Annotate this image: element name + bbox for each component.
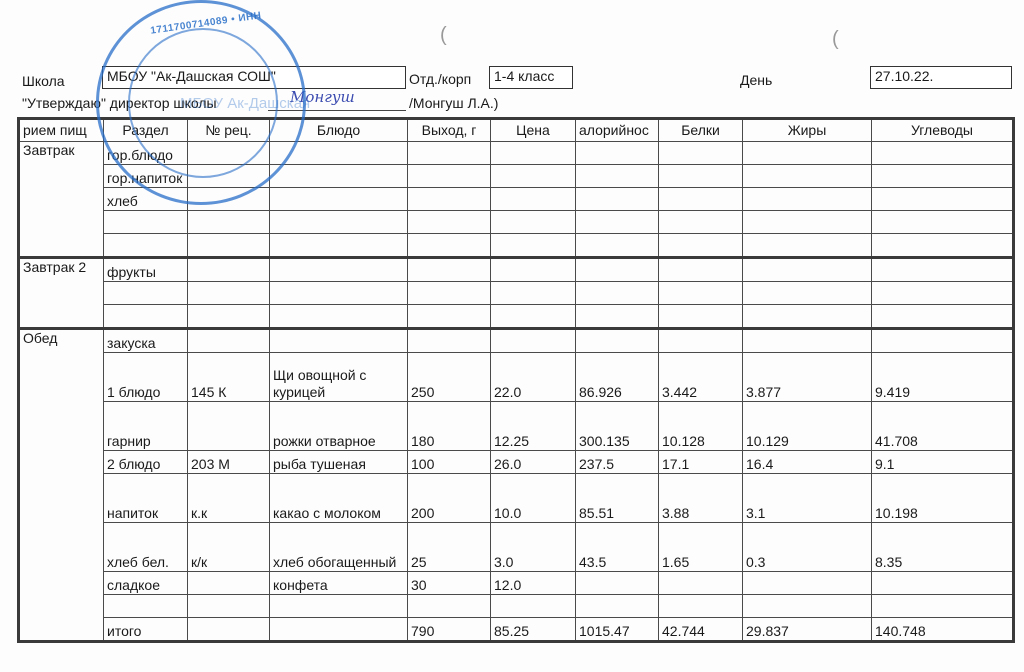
table-row: [19, 282, 1014, 305]
cell-protein: [659, 572, 743, 595]
cell-section: 1 блюдо: [104, 353, 188, 402]
cell-yield: [408, 188, 491, 211]
cell-price: [491, 282, 576, 305]
cell-section: 2 блюдо: [104, 451, 188, 474]
cell-fat: 3.877: [743, 353, 872, 402]
cell-fat: [743, 234, 872, 258]
cell-price: [491, 258, 576, 282]
school-label: Школа: [22, 73, 65, 89]
cell-dish: [270, 329, 408, 353]
cell-price: 85.25: [491, 618, 576, 642]
col-protein: Белки: [659, 119, 743, 142]
menu-table: рием пищ Раздел № рец. Блюдо Выход, г Це…: [17, 117, 1015, 643]
cell-kcal: [576, 234, 659, 258]
cell-protein: 10.128: [659, 402, 743, 451]
cell-carbs: [872, 211, 1014, 234]
table-row: 2 блюдо203 Мрыба тушеная10026.0237.517.1…: [19, 451, 1014, 474]
table-row: [19, 211, 1014, 234]
col-yield: Выход, г: [408, 119, 491, 142]
cell-carbs: [872, 595, 1014, 618]
cell-dish: конфета: [270, 572, 408, 595]
cell-dish: [270, 142, 408, 165]
cell-carbs: 140.748: [872, 618, 1014, 642]
cell-dish: [270, 595, 408, 618]
cell-protein: [659, 142, 743, 165]
cell-carbs: [872, 188, 1014, 211]
approve-label: "Утверждаю" директор школы: [22, 95, 217, 111]
cell-section: фрукты: [104, 258, 188, 282]
col-fat: Жиры: [743, 119, 872, 142]
cell-recipe: [188, 618, 270, 642]
cell-protein: [659, 595, 743, 618]
director-signature: Монгуш: [290, 88, 355, 106]
cell-meal: Обед: [19, 329, 104, 642]
cell-carbs: [872, 305, 1014, 329]
cell-yield: [408, 595, 491, 618]
cell-protein: 3.442: [659, 353, 743, 402]
cell-price: [491, 234, 576, 258]
cell-carbs: [872, 165, 1014, 188]
cell-meal: Завтрак 2: [19, 258, 104, 329]
table-row: Завтракгор.блюдо: [19, 142, 1014, 165]
col-carbs: Углеводы: [872, 119, 1014, 142]
cell-section: [104, 595, 188, 618]
director-name: /Монгуш Л.А.): [409, 95, 498, 111]
cell-protein: [659, 329, 743, 353]
cell-recipe: [188, 282, 270, 305]
cell-kcal: [576, 258, 659, 282]
school-field[interactable]: МБОУ "Ак-Дашская СОШ": [102, 66, 406, 89]
cell-carbs: 41.708: [872, 402, 1014, 451]
cell-section: хлеб: [104, 188, 188, 211]
cell-recipe: к.к: [188, 474, 270, 523]
cell-protein: [659, 258, 743, 282]
table-row: Завтрак 2фрукты: [19, 258, 1014, 282]
cell-fat: [743, 595, 872, 618]
cell-section: [104, 234, 188, 258]
cell-yield: 790: [408, 618, 491, 642]
cell-fat: 0.3: [743, 523, 872, 572]
cell-kcal: [576, 305, 659, 329]
cell-yield: [408, 305, 491, 329]
cell-fat: 29.837: [743, 618, 872, 642]
cell-yield: [408, 329, 491, 353]
cell-fat: 3.1: [743, 474, 872, 523]
day-label: День: [740, 72, 772, 88]
cell-yield: [408, 211, 491, 234]
cell-recipe: [188, 595, 270, 618]
cell-kcal: 85.51: [576, 474, 659, 523]
cell-yield: 25: [408, 523, 491, 572]
cell-dish: [270, 211, 408, 234]
table-row: [19, 595, 1014, 618]
table-row: [19, 234, 1014, 258]
cell-protein: 1.65: [659, 523, 743, 572]
table-row: сладкоеконфета3012.0: [19, 572, 1014, 595]
cell-section: гор.напиток: [104, 165, 188, 188]
cell-price: [491, 188, 576, 211]
cell-section: [104, 211, 188, 234]
cell-dish: [270, 618, 408, 642]
table-row: гор.напиток: [19, 165, 1014, 188]
day-field[interactable]: 27.10.22.: [870, 66, 1012, 89]
cell-price: [491, 211, 576, 234]
col-recipe: № рец.: [188, 119, 270, 142]
cell-yield: 200: [408, 474, 491, 523]
cell-dish: рыба тушеная: [270, 451, 408, 474]
cell-protein: [659, 234, 743, 258]
pen-mark: (: [440, 24, 447, 47]
signature-line: [268, 110, 406, 111]
cell-section: [104, 305, 188, 329]
table-row: итого79085.251015.4742.74429.837140.748: [19, 618, 1014, 642]
cell-recipe: [188, 258, 270, 282]
cell-yield: 250: [408, 353, 491, 402]
cell-protein: [659, 165, 743, 188]
cell-dish: [270, 165, 408, 188]
table-row: гарниррожки отварное18012.25300.13510.12…: [19, 402, 1014, 451]
cell-section: гор.блюдо: [104, 142, 188, 165]
cell-carbs: [872, 329, 1014, 353]
dept-label: Отд./корп: [409, 71, 471, 87]
cell-section: сладкое: [104, 572, 188, 595]
cell-dish: [270, 282, 408, 305]
cell-kcal: [576, 595, 659, 618]
table-row: [19, 305, 1014, 329]
cell-recipe: к/к: [188, 523, 270, 572]
cell-protein: 42.744: [659, 618, 743, 642]
cell-protein: [659, 305, 743, 329]
cell-protein: [659, 282, 743, 305]
table-row: Обедзакуска: [19, 329, 1014, 353]
cell-yield: [408, 282, 491, 305]
cell-fat: [743, 142, 872, 165]
cell-yield: 180: [408, 402, 491, 451]
cell-price: [491, 329, 576, 353]
cell-price: 22.0: [491, 353, 576, 402]
cell-yield: [408, 142, 491, 165]
cell-fat: [743, 258, 872, 282]
cell-carbs: 9.419: [872, 353, 1014, 402]
cell-section: хлеб бел.: [104, 523, 188, 572]
cell-recipe: [188, 572, 270, 595]
cell-carbs: [872, 572, 1014, 595]
cell-recipe: [188, 142, 270, 165]
cell-recipe: [188, 305, 270, 329]
table-header-row: рием пищ Раздел № рец. Блюдо Выход, г Це…: [19, 119, 1014, 142]
cell-meal: Завтрак: [19, 142, 104, 258]
cell-protein: [659, 211, 743, 234]
table-row: напитокк.ккакао с молоком20010.085.513.8…: [19, 474, 1014, 523]
col-kcal: алорийнос: [576, 119, 659, 142]
cell-kcal: [576, 165, 659, 188]
cell-dish: [270, 188, 408, 211]
cell-recipe: [188, 329, 270, 353]
table-row: 1 блюдо145 КЩи овощной с курицей25022.08…: [19, 353, 1014, 402]
cell-carbs: 8.35: [872, 523, 1014, 572]
cell-dish: [270, 258, 408, 282]
cell-recipe: [188, 234, 270, 258]
dept-field[interactable]: 1-4 класс: [489, 66, 573, 89]
cell-recipe: [188, 165, 270, 188]
cell-yield: [408, 234, 491, 258]
cell-kcal: 237.5: [576, 451, 659, 474]
cell-fat: [743, 572, 872, 595]
cell-yield: 100: [408, 451, 491, 474]
cell-fat: 16.4: [743, 451, 872, 474]
cell-price: 12.0: [491, 572, 576, 595]
cell-carbs: [872, 282, 1014, 305]
cell-price: [491, 305, 576, 329]
cell-section: [104, 282, 188, 305]
cell-price: 26.0: [491, 451, 576, 474]
col-section: Раздел: [104, 119, 188, 142]
stamp-ogrn-text: 1711700714089 • ИНН: [150, 10, 262, 36]
cell-dish: [270, 305, 408, 329]
cell-yield: 30: [408, 572, 491, 595]
cell-section: напиток: [104, 474, 188, 523]
cell-dish: какао с молоком: [270, 474, 408, 523]
cell-yield: [408, 165, 491, 188]
cell-price: 10.0: [491, 474, 576, 523]
cell-kcal: [576, 142, 659, 165]
cell-kcal: [576, 572, 659, 595]
cell-recipe: [188, 402, 270, 451]
cell-fat: [743, 305, 872, 329]
cell-carbs: 10.198: [872, 474, 1014, 523]
cell-protein: 3.88: [659, 474, 743, 523]
table-row: хлеб бел.к/кхлеб обогащенный253.043.51.6…: [19, 523, 1014, 572]
cell-kcal: 43.5: [576, 523, 659, 572]
col-dish: Блюдо: [270, 119, 408, 142]
cell-protein: 17.1: [659, 451, 743, 474]
cell-kcal: [576, 329, 659, 353]
cell-dish: Щи овощной с курицей: [270, 353, 408, 402]
cell-carbs: 9.1: [872, 451, 1014, 474]
cell-price: [491, 142, 576, 165]
pen-mark: (: [832, 28, 839, 51]
col-price: Цена: [491, 119, 576, 142]
cell-fat: [743, 188, 872, 211]
cell-carbs: [872, 258, 1014, 282]
cell-carbs: [872, 234, 1014, 258]
table-row: хлеб: [19, 188, 1014, 211]
cell-recipe: [188, 211, 270, 234]
cell-dish: хлеб обогащенный: [270, 523, 408, 572]
cell-protein: [659, 188, 743, 211]
cell-kcal: 1015.47: [576, 618, 659, 642]
cell-price: 12.25: [491, 402, 576, 451]
cell-kcal: 300.135: [576, 402, 659, 451]
cell-carbs: [872, 142, 1014, 165]
cell-dish: [270, 234, 408, 258]
col-meal: рием пищ: [19, 119, 104, 142]
cell-dish: рожки отварное: [270, 402, 408, 451]
cell-price: 3.0: [491, 523, 576, 572]
cell-section: итого: [104, 618, 188, 642]
cell-fat: 10.129: [743, 402, 872, 451]
cell-recipe: 145 К: [188, 353, 270, 402]
cell-kcal: [576, 211, 659, 234]
cell-kcal: [576, 282, 659, 305]
cell-fat: [743, 165, 872, 188]
cell-recipe: [188, 188, 270, 211]
cell-fat: [743, 211, 872, 234]
cell-kcal: [576, 188, 659, 211]
cell-kcal: 86.926: [576, 353, 659, 402]
cell-section: закуска: [104, 329, 188, 353]
cell-recipe: 203 М: [188, 451, 270, 474]
cell-fat: [743, 282, 872, 305]
cell-section: гарнир: [104, 402, 188, 451]
cell-yield: [408, 258, 491, 282]
cell-price: [491, 165, 576, 188]
cell-fat: [743, 329, 872, 353]
cell-price: [491, 595, 576, 618]
